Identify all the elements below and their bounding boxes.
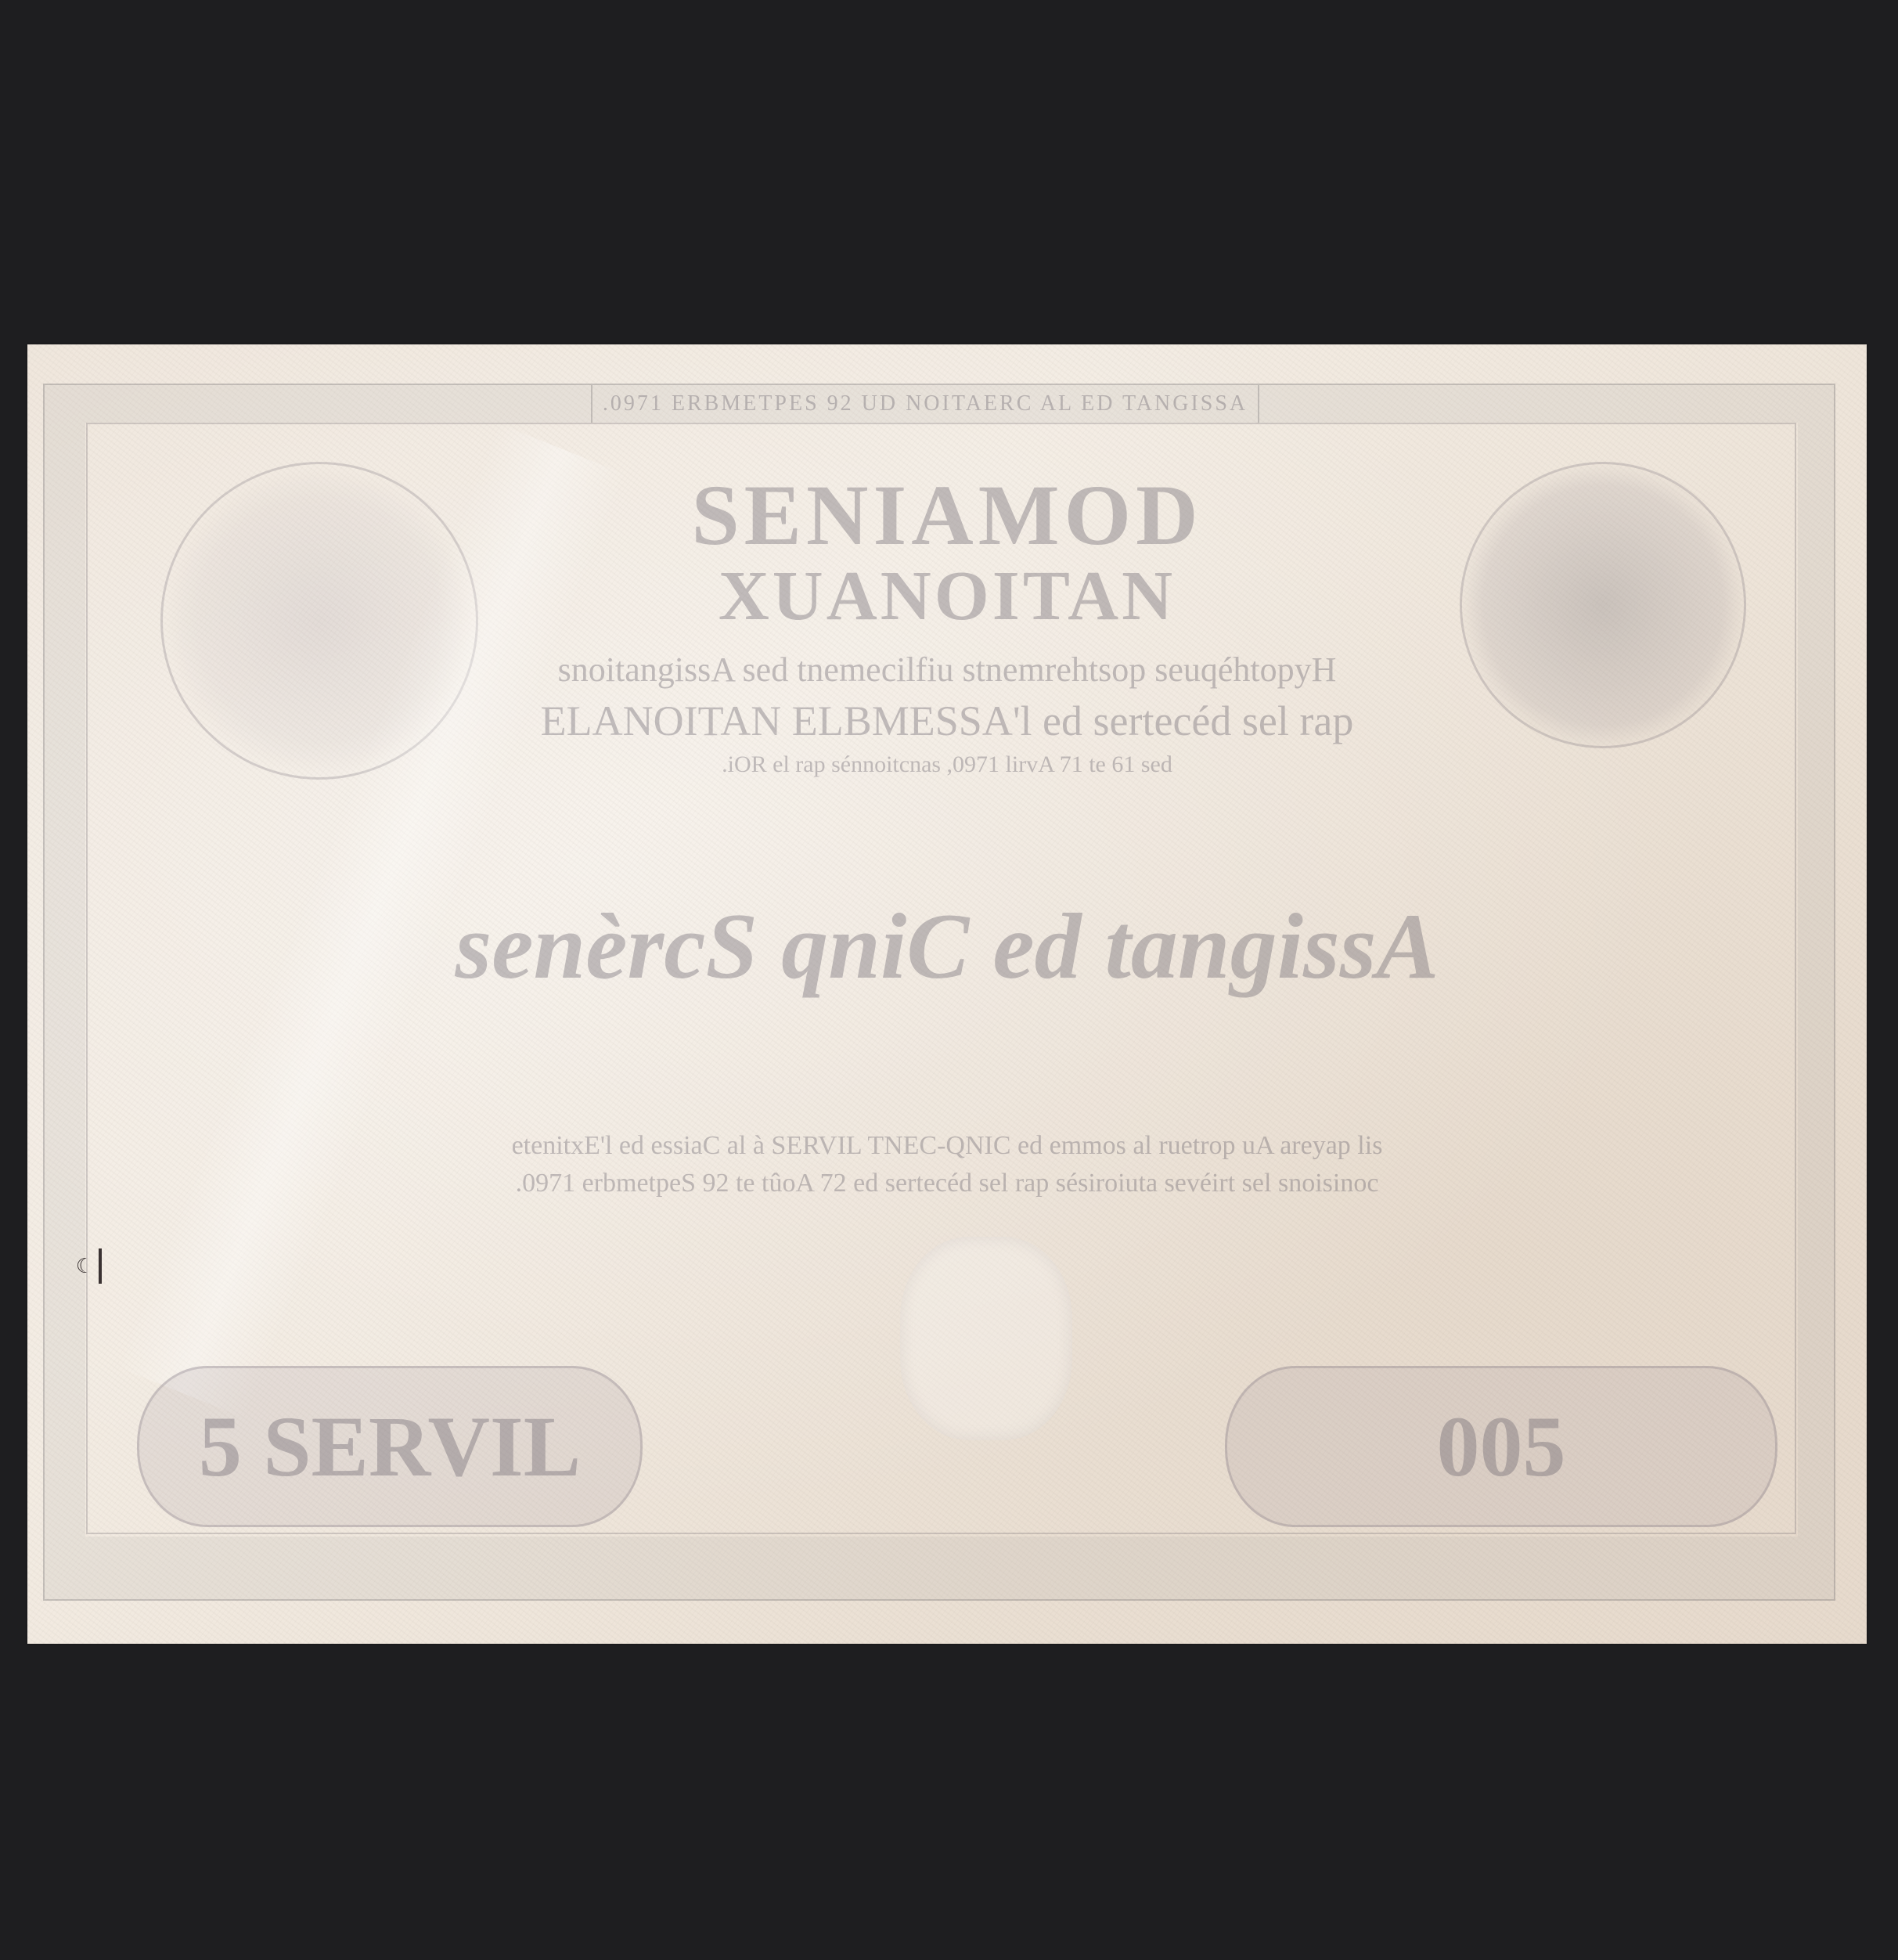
value-cartouche-left: 5 SERVIL <box>137 1366 643 1527</box>
promise-line-2: .0971 erbmetpeS 92 te tûoA 72 ed sertecé… <box>98 1165 1796 1202</box>
subtitle-line-1: snoitangissA sed tnemecilfiu stnemrehtso… <box>27 650 1867 690</box>
subtitle-line-3: .iOR el rap sénnoitcnas ,0971 lirvA 71 t… <box>27 751 1867 778</box>
title-domaines: SENIAMOD <box>27 466 1867 565</box>
title-nationaux: XUANOITAN <box>27 556 1867 636</box>
assignat-banknote-reverse: .0971 ERBMETPES 92 UD NOITAERC AL ED TAN… <box>27 344 1867 1644</box>
control-stamp-icon: ☾ <box>51 1248 102 1284</box>
top-legend: .0971 ERBMETPES 92 UD NOITAERC AL ED TAN… <box>591 385 1259 423</box>
value-cartouche-right: 005 <box>1225 1366 1777 1527</box>
dry-seal-embossing <box>900 1237 1072 1440</box>
subtitle-line-2: ELANOITAN ELBMESSA'l ed sertecéd sel rap <box>27 697 1867 745</box>
